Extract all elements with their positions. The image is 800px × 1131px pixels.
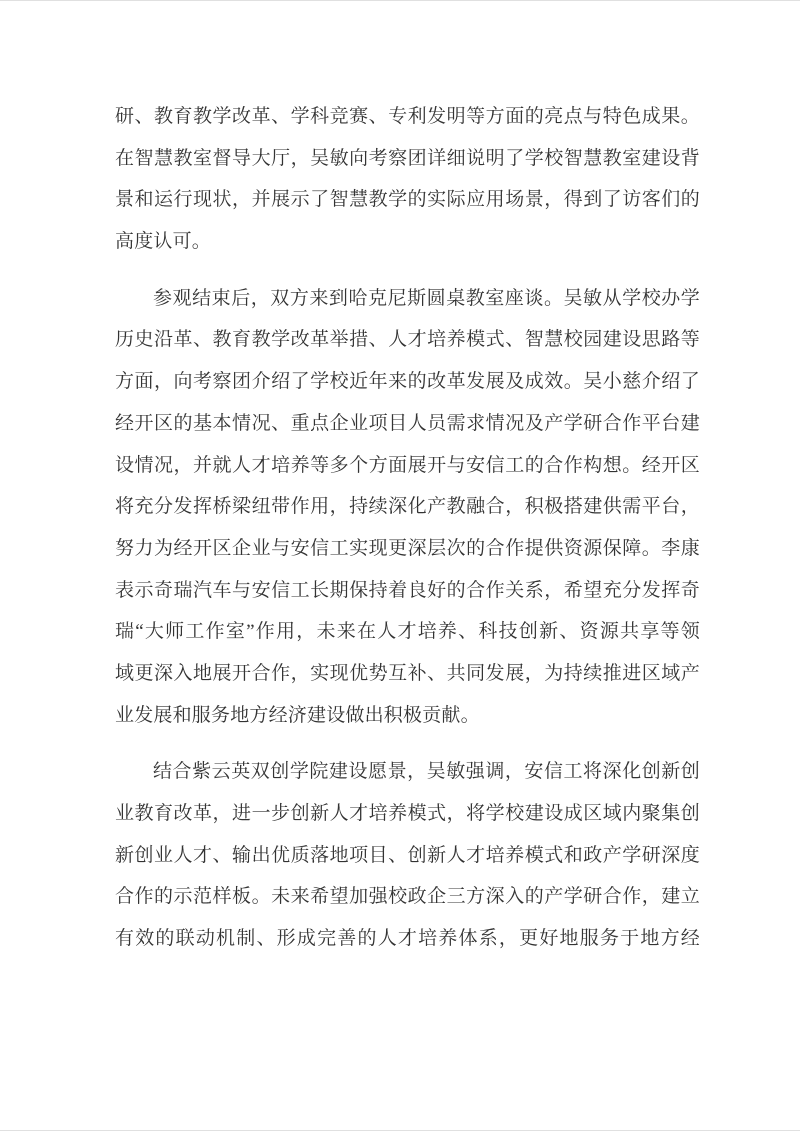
- text-body: 研、教育教学改革、学科竞赛、专利发明等方面的亮点与特色成果。在智慧教室督导大厅，…: [115, 96, 700, 975]
- text-line: 在智慧教室督导大厅，吴敏向考察团详细说明了学校智慧教室建设背: [115, 138, 700, 180]
- text-line: 表示奇瑞汽车与安信工长期保持着良好的合作关系，希望充分发挥奇: [115, 570, 700, 612]
- text-line: 业发展和服务地方经济建设做出积极贡献。: [115, 695, 700, 737]
- text-line: 合作的示范样板。未来希望加强校政企三方深入的产学研合作，建立: [115, 876, 700, 918]
- text-line: 瑞“大师工作室”作用，未来在人才培养、科技创新、资源共享等领: [115, 611, 700, 653]
- text-line: 研、教育教学改革、学科竞赛、专利发明等方面的亮点与特色成果。: [115, 96, 700, 138]
- text-line: 域更深入地展开合作，实现优势互补、共同发展，为持续推进区域产: [115, 653, 700, 695]
- text-line: 设情况，并就人才培养等多个方面展开与安信工的合作构想。经开区: [115, 445, 700, 487]
- paragraph: 参观结束后，双方来到哈克尼斯圆桌教室座谈。吴敏从学校办学历史沿革、教育教学改革举…: [115, 278, 700, 737]
- text-line: 业教育改革，进一步创新人才培养模式，将学校建设成区域内聚集创: [115, 793, 700, 835]
- text-line: 高度认可。: [115, 221, 700, 263]
- paragraph: 研、教育教学改革、学科竞赛、专利发明等方面的亮点与特色成果。在智慧教室督导大厅，…: [115, 96, 700, 263]
- document-page: 研、教育教学改革、学科竞赛、专利发明等方面的亮点与特色成果。在智慧教室督导大厅，…: [0, 0, 800, 1131]
- text-line: 参观结束后，双方来到哈克尼斯圆桌教室座谈。吴敏从学校办学: [115, 278, 700, 320]
- text-line: 新创业人才、输出优质落地项目、创新人才培养模式和政产学研深度: [115, 835, 700, 877]
- text-line: 结合紫云英双创学院建设愿景，吴敏强调，安信工将深化创新创: [115, 751, 700, 793]
- text-line: 有效的联动机制、形成完善的人才培养体系，更好地服务于地方经济。: [115, 918, 700, 960]
- paragraph: 结合紫云英双创学院建设愿景，吴敏强调，安信工将深化创新创业教育改革，进一步创新人…: [115, 751, 700, 959]
- text-line: 经开区的基本情况、重点企业项目人员需求情况及产学研合作平台建: [115, 403, 700, 445]
- text-line: 景和运行现状，并展示了智慧教学的实际应用场景，得到了访客们的: [115, 179, 700, 221]
- text-line: 历史沿革、教育教学改革举措、人才培养模式、智慧校园建设思路等: [115, 319, 700, 361]
- text-line: 将充分发挥桥梁纽带作用，持续深化产教融合，积极搭建供需平台，: [115, 486, 700, 528]
- text-line: 方面，向考察团介绍了学校近年来的改革发展及成效。吴小慈介绍了: [115, 361, 700, 403]
- text-line: 努力为经开区企业与安信工实现更深层次的合作提供资源保障。李康: [115, 528, 700, 570]
